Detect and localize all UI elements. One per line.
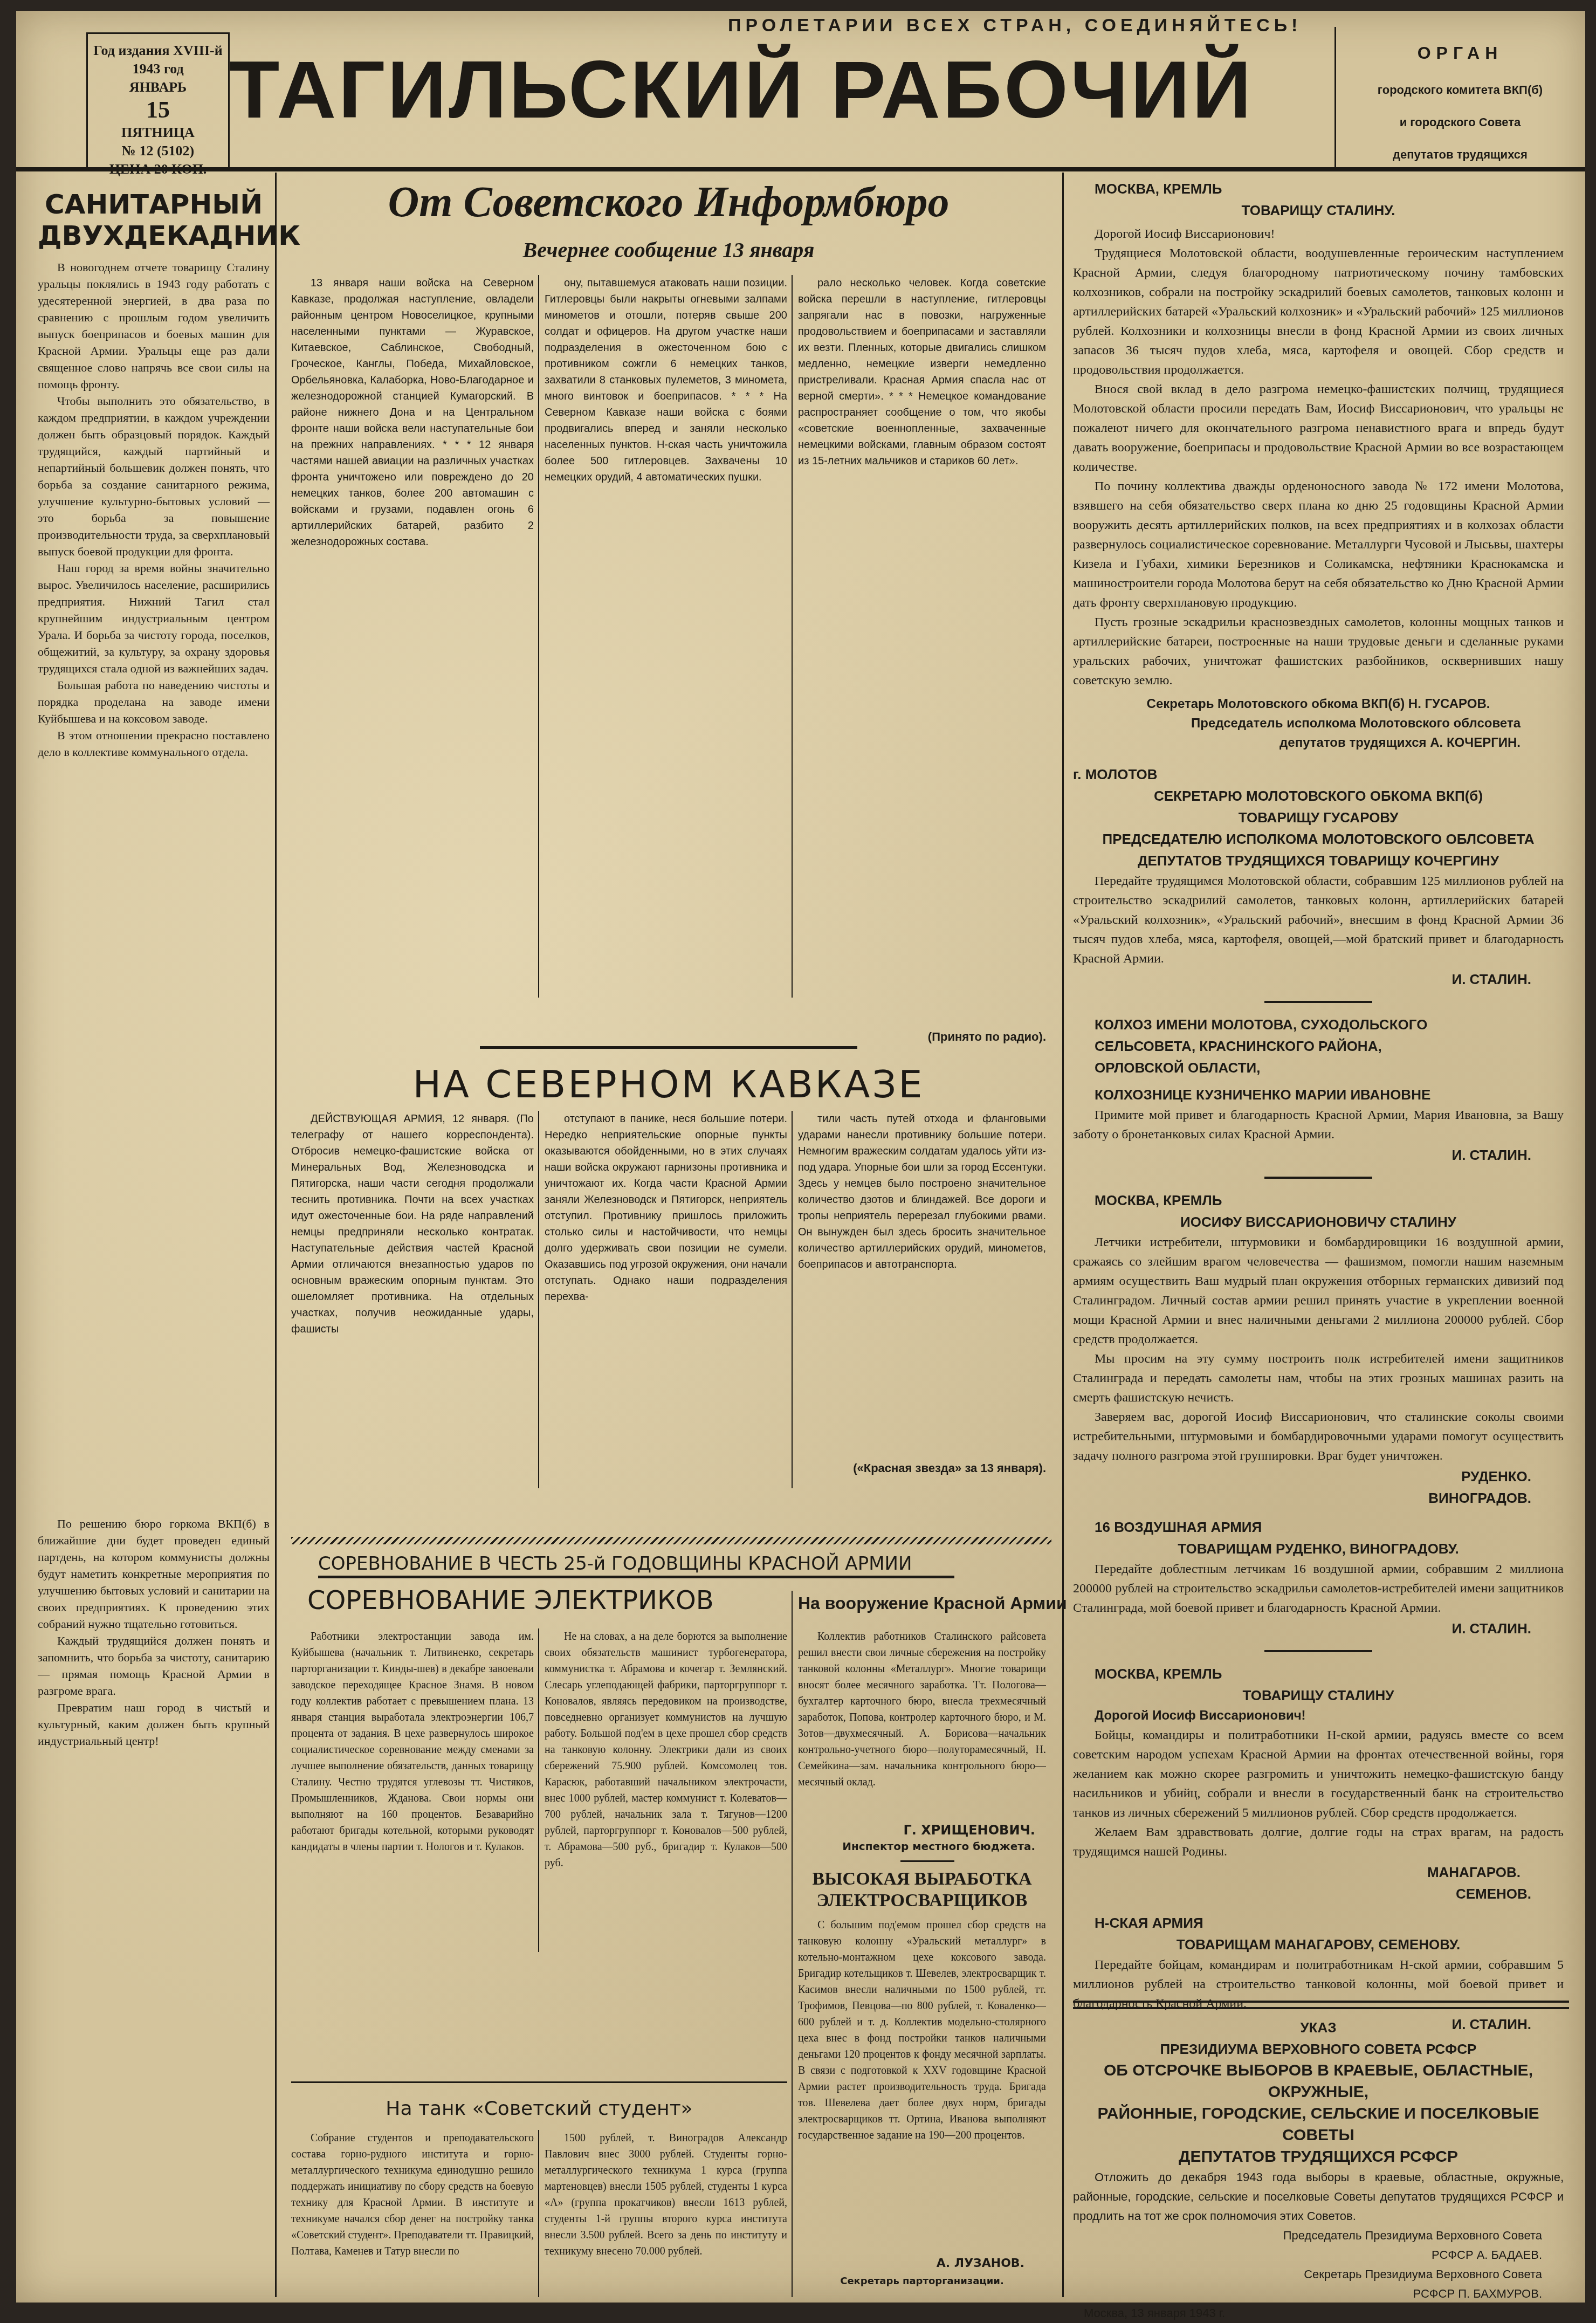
editorial-paragraph: Чтобы выполнить это обязательство, в каж… [38, 393, 270, 560]
telegram-4-signature: РУДЕНКО. [1073, 1466, 1564, 1487]
decree-issuer: ПРЕЗИДИУМА ВЕРХОВНОГО СОВЕТА РСФСР [1073, 2038, 1564, 2060]
telegram-1-paragraph: По почину коллектива дважды орденоносног… [1073, 477, 1564, 613]
sovinformburo-title: От Советского Информбюро [280, 178, 1057, 227]
column-divider [792, 275, 793, 998]
telegrams-column: МОСКВА, КРЕМЛЬ ТОВАРИЩУ СТАЛИНУ. Дорогой… [1073, 178, 1564, 2035]
newspaper-title: ТАГИЛЬСКИЙ РАБОЧИЙ [229, 43, 1254, 136]
column-divider [1062, 173, 1064, 2297]
issue-number: № 12 (5102) [88, 142, 228, 160]
welders-signature-role: Секретарь парторганизации. [798, 2276, 1046, 2287]
decree-title: ОБ ОТСРОЧКЕ ВЫБОРОВ В КРАЕВЫЕ, ОБЛАСТНЫЕ… [1073, 2060, 1564, 2103]
telegram-2-addressee: СЕКРЕТАРЮ МОЛОТОВСКОГО ОБКОМА ВКП(б) [1073, 785, 1564, 807]
wavy-divider [291, 1537, 1051, 1544]
short-divider [900, 1860, 954, 1862]
section-divider [291, 2081, 787, 2083]
telegram-5-addressee: ТОВАРИЩАМ РУДЕНКО, ВИНОГРАДОВУ. [1073, 1538, 1564, 1559]
column-divider [792, 1591, 793, 2297]
competition-banner: СОРЕВНОВАНИЕ В ЧЕСТЬ 25-й ГОДОВЩИНЫ КРАС… [318, 1553, 912, 1575]
decree-title: ДЕПУТАТОВ ТРУДЯЩИХСЯ РСФСР [1073, 2146, 1564, 2168]
banner-underline [318, 1576, 954, 1578]
telegram-2-place: г. МОЛОТОВ [1073, 764, 1564, 785]
sovinformburo-source: (Принято по радио). [798, 1030, 1046, 1044]
telegram-6-signature: МАНАГАРОВ. [1073, 1861, 1564, 1883]
telegram-1-signature-2a: Председатель исполкома Молотовского облс… [1073, 714, 1564, 733]
decree-signature-1b: РСФСР А. БАДАЕВ. [1073, 2245, 1564, 2265]
telegram-1-addressee: ТОВАРИЩУ СТАЛИНУ. [1073, 200, 1564, 221]
electricians-column-1: Работники электростанции завода им. Куйб… [291, 1628, 534, 1952]
north-caucasus-column-1: ДЕЙСТВУЮЩАЯ АРМИЯ, 12 января. (По телегр… [291, 1111, 534, 1483]
issue-date-box: Год издания XVIII-й 1943 год ЯНВАРЬ 15 П… [86, 32, 230, 170]
editorial-article: САНИТАРНЫЙ ДВУХДЕКАДНИК В новогоднем отч… [38, 183, 270, 1749]
telegram-6-addressee: ТОВАРИЩУ СТАЛИНУ [1073, 1685, 1564, 1706]
issue-day: 15 [88, 97, 228, 123]
telegram-1-place: МОСКВА, КРЕМЛЬ [1095, 178, 1564, 200]
telegram-7-text: Передайте бойцам, командирам и политрабо… [1073, 1955, 1564, 2013]
column-divider [538, 1111, 539, 1488]
telegram-4-place: МОСКВА, КРЕМЛЬ [1095, 1190, 1564, 1211]
telegram-7-addressee: ТОВАРИЩАМ МАНАГАРОВУ, СЕМЕНОВУ. [1073, 1934, 1564, 1955]
telegram-6-paragraph: Желаем Вам здравствовать долгие, долгие … [1073, 1823, 1564, 1861]
decree-signature-2b: РСФСР П. БАХМУРОВ. [1073, 2284, 1564, 2304]
telegram-3-addressee: СЕЛЬСОВЕТА, КРАСНИНСКОГО РАЙОНА, [1095, 1035, 1564, 1057]
telegram-3-addressee-name: КОЛХОЗНИЦЕ КУЗНИЧЕНКО МАРИИ ИВАНОВНЕ [1095, 1084, 1564, 1105]
telegram-4-addressee: ИОСИФУ ВИССАРИОНОВИЧУ СТАЛИНУ [1073, 1211, 1564, 1233]
organ-box: ОРГАН городского комитета ВКП(б) и город… [1334, 27, 1584, 167]
sovinformburo-column-1: 13 января наши войска на Северном Кавказ… [291, 275, 534, 992]
north-caucasus-source: («Красная звезда» за 13 января). [798, 1461, 1046, 1475]
newspaper-page: Год издания XVIII-й 1943 год ЯНВАРЬ 15 П… [16, 11, 1585, 2303]
organ-line-3: депутатов трудящихся [1336, 139, 1584, 171]
electricians-title: СОРЕВНОВАНИЕ ЭЛЕКТРИКОВ [307, 1585, 714, 1616]
telegram-3-addressee: КОЛХОЗ ИМЕНИ МОЛОТОВА, СУХОДОЛЬСКОГО [1095, 1014, 1564, 1035]
decree-signature-1a: Председатель Президиума Верховного Совет… [1073, 2226, 1564, 2245]
editorial-paragraph: Превратим наш город в чистый и культурны… [38, 1699, 270, 1749]
sovinformburo-subtitle: Вечернее сообщение 13 января [280, 237, 1057, 263]
short-divider [1264, 1650, 1372, 1652]
north-caucasus-column-2: отступают в панике, неся большие потери.… [545, 1111, 787, 1483]
organ-label: ОРГАН [1336, 43, 1584, 63]
editorial-title-1: САНИТАРНЫЙ [38, 189, 270, 220]
telegram-4-paragraph: Мы просим на эту сумму построить полк ис… [1073, 1349, 1564, 1407]
decree-divider [1073, 2001, 1569, 2003]
armament-text: Коллектив работников Сталинского райсове… [798, 1628, 1046, 1806]
column-divider [792, 1111, 793, 1488]
section-divider [480, 1046, 857, 1049]
short-divider [1264, 1177, 1372, 1179]
telegram-1-paragraph: Внося свой вклад в дело разгрома немецко… [1073, 380, 1564, 477]
telegram-1-paragraph: Трудящиеся Молотовской области, воодушев… [1073, 244, 1564, 380]
telegram-4-paragraph: Летчики истребители, штурмовики и бомбар… [1073, 1233, 1564, 1349]
organ-line-2: и городского Совета [1336, 106, 1584, 139]
telegram-4-signature: ВИНОГРАДОВ. [1073, 1487, 1564, 1509]
welders-signature: А. ЛУЗАНОВ. [798, 2257, 1024, 2270]
telegram-5-place: 16 ВОЗДУШНАЯ АРМИЯ [1095, 1516, 1564, 1538]
telegram-1-greeting: Дорогой Иосиф Виссарионович! [1073, 224, 1564, 244]
student-column-1: Собрание студентов и преподавательского … [291, 2130, 534, 2297]
decree: УКАЗ ПРЕЗИДИУМА ВЕРХОВНОГО СОВЕТА РСФСР … [1073, 2017, 1564, 2313]
editorial-paragraph: По решению бюро горкома ВКП(б) в ближайш… [38, 1515, 270, 1632]
north-caucasus-column-3: тили часть путей отхода и фланговыми уда… [798, 1111, 1046, 1456]
welders-text: С большим под'емом прошел сбор средств н… [798, 1917, 1046, 2254]
armament-title: На вооружение Красной Армии [798, 1593, 1067, 1613]
short-divider [1264, 1001, 1372, 1003]
sovinformburo-column-2: ону, пытавшемуся атаковать наши позиции.… [545, 275, 787, 992]
telegram-2-addressee: ДЕПУТАТОВ ТРУДЯЩИХСЯ ТОВАРИЩУ КОЧЕРГИНУ [1073, 850, 1564, 871]
editorial-paragraph: Наш город за время войны значительно выр… [38, 560, 270, 677]
telegram-1-signature-2b: депутатов трудящихся А. КОЧЕРГИН. [1073, 733, 1564, 753]
telegram-7-place: Н-СКАЯ АРМИЯ [1095, 1912, 1564, 1934]
year-of-issue: Год издания XVIII-й [88, 42, 228, 60]
column-divider [538, 1628, 539, 1952]
masthead-slogan: ПРОЛЕТАРИИ ВСЕХ СТРАН, СОЕДИНЯЙТЕСЬ! [728, 15, 1302, 36]
masthead-divider [16, 167, 1585, 171]
decree-text: Отложить до декабря 1943 года выборы в к… [1073, 2168, 1564, 2226]
telegram-5-signature: И. СТАЛИН. [1073, 1618, 1564, 1639]
telegram-5-text: Передайте доблестным летчикам 16 воздушн… [1073, 1559, 1564, 1618]
student-column-2: 1500 рублей, т. Виноградов Александр Пав… [545, 2130, 787, 2297]
editorial-title-2: ДВУХДЕКАДНИК [38, 220, 270, 251]
issue-weekday: ПЯТНИЦА [88, 123, 228, 142]
editorial-paragraph: Большая работа по наведению чистоты и по… [38, 677, 270, 727]
electricians-column-2: Не на словах, а на деле борются за выпол… [545, 1628, 787, 1952]
editorial-paragraph: В новогоднем отчете товарищу Сталину ура… [38, 259, 270, 393]
telegram-6-signature: СЕМЕНОВ. [1073, 1883, 1564, 1905]
telegram-6-greeting: Дорогой Иосиф Виссарионович! [1073, 1706, 1564, 1726]
telegram-1-signature-1: Секретарь Молотовского обкома ВКП(б) Н. … [1073, 695, 1564, 714]
column-divider [538, 275, 539, 998]
welders-title-2: ЭЛЕКТРОСВАРЩИКОВ [798, 1890, 1046, 1912]
north-caucasus-title: НА СЕВЕРНОМ КАВКАЗЕ [280, 1062, 1057, 1106]
issue-year: 1943 год [88, 60, 228, 78]
decree-label: УКАЗ [1073, 2017, 1564, 2038]
telegram-1-paragraph: Пусть грозные эскадрильи краснозвездных … [1073, 613, 1564, 690]
telegram-2-text: Передайте трудящимся Молотовской области… [1073, 871, 1564, 968]
telegram-2-addressee: ПРЕДСЕДАТЕЛЮ ИСПОЛКОМА МОЛОТОВСКОГО ОБЛС… [1073, 828, 1564, 850]
organ-line-1: городского комитета ВКП(б) [1336, 74, 1584, 106]
armament-signature: Г. ХРИЩЕНОВИЧ. [798, 1823, 1035, 1838]
editorial-paragraph: Каждый трудящийся должен понять и запомн… [38, 1632, 270, 1699]
telegram-2-addressee: ТОВАРИЩУ ГУСАРОВУ [1073, 807, 1564, 828]
telegram-6-paragraph: Бойцы, командиры и политработники Н-ской… [1073, 1726, 1564, 1823]
telegram-3-addressee: ОРЛОВСКОЙ ОБЛАСТИ, [1095, 1057, 1564, 1078]
student-title: На танк «Советский студент» [291, 2098, 787, 2120]
editorial-paragraph: В этом отношении прекрасно поставлено де… [38, 727, 270, 760]
telegram-6-place: МОСКВА, КРЕМЛЬ [1095, 1663, 1564, 1685]
issue-month: ЯНВАРЬ [88, 78, 228, 97]
telegram-3-text: Примите мой привет и благодарность Красн… [1073, 1105, 1564, 1144]
telegram-4-paragraph: Заверяем вас, дорогой Иосиф Виссарионови… [1073, 1407, 1564, 1466]
decree-title: РАЙОННЫЕ, ГОРОДСКИЕ, СЕЛЬСКИЕ И ПОСЕЛКОВ… [1073, 2103, 1564, 2146]
welders-title-1: ВЫСОКАЯ ВЫРАБОТКА [798, 1868, 1046, 1890]
sovinformburo-column-3: рало несколько человек. Когда советские … [798, 275, 1046, 992]
decree-signature-2a: Секретарь Президиума Верховного Совета [1073, 2265, 1564, 2284]
column-divider [538, 2130, 539, 2297]
column-divider [275, 173, 277, 2297]
telegram-3-signature: И. СТАЛИН. [1073, 1144, 1564, 1166]
decree-dateline: Москва, 13 января 1943 г. [1084, 2304, 1564, 2313]
telegram-2-signature: И. СТАЛИН. [1073, 968, 1564, 990]
armament-signature-role: Инспектор местного бюджета. [798, 1840, 1035, 1853]
decree-divider [1073, 2007, 1569, 2009]
